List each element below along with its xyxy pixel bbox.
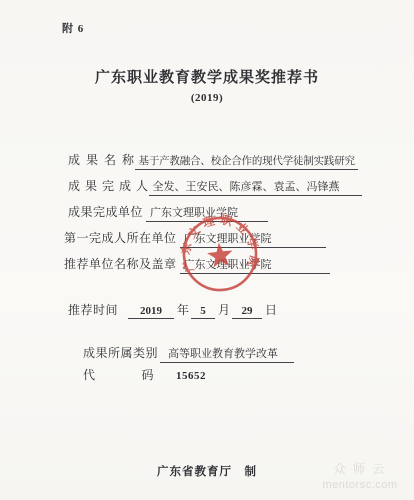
field-label-first-completer-unit: 第一完成人所在单位 [64, 229, 177, 246]
field-row-code: 代 码 15652 [83, 366, 206, 383]
field-label-category: 成果所属类别 [83, 344, 158, 361]
field-row-achievement-name: 成 果 名 称 基于产教融合、校企合作的现代学徒制实践研究 [68, 151, 358, 170]
field-label-achievement-name: 成 果 名 称 [68, 151, 135, 168]
page-title: 广东职业教育教学成果奖推荐书 [0, 66, 414, 87]
attachment-label: 附 6 [62, 20, 84, 36]
field-row-recommending-unit: 推荐单位名称及盖章 广东文理职业学院 [64, 255, 330, 274]
field-value-completers: 全发、王安民、陈彦霖、袁孟、冯锋燕 [149, 178, 362, 196]
date-month-value: 5 [191, 305, 215, 319]
field-row-completers: 成 果 完 成 人 全发、王安民、陈彦霖、袁孟、冯锋燕 [68, 177, 362, 196]
field-label-completing-unit: 成果完成单位 [68, 203, 143, 220]
field-row-completing-unit: 成果完成单位 广东文理职业学院 [68, 203, 268, 222]
date-year-value: 2019 [128, 305, 174, 319]
field-label-code-right: 码 [142, 366, 155, 383]
field-value-recommending-unit: 广东文理职业学院 [180, 256, 330, 274]
field-value-code: 15652 [176, 370, 206, 382]
field-value-completing-unit: 广东文理职业学院 [146, 204, 268, 222]
field-label-recommend-date: 推荐时间 [68, 301, 118, 318]
field-label-completers: 成 果 完 成 人 [68, 177, 149, 194]
field-label-recommending-unit: 推荐单位名称及盖章 [64, 255, 177, 272]
seal-ring [180, 214, 259, 293]
date-day-value: 29 [232, 305, 262, 319]
field-row-category: 成果所属类别 高等职业教育教学改革 [83, 344, 294, 363]
date-month-unit: 月 [218, 301, 230, 318]
document-page: 附 6 广东职业教育教学成果奖推荐书 (2019) 成 果 名 称 基于产教融合… [0, 0, 414, 500]
watermark-url: mentorsc.com [310, 479, 410, 491]
field-value-achievement-name: 基于产教融合、校企合作的现代学徒制实践研究 [135, 153, 358, 170]
watermark-text: 众 师 云 [310, 460, 410, 477]
field-row-first-completer-unit: 第一完成人所在单位 广东文理职业学院 [64, 229, 326, 248]
field-label-code-left: 代 [83, 366, 96, 383]
date-day-unit: 日 [265, 301, 277, 318]
watermark: 众 师 云 mentorsc.com [310, 460, 410, 491]
field-value-first-completer-unit: 广东文理职业学院 [180, 230, 326, 248]
page-year: (2019) [0, 92, 414, 104]
field-row-recommend-date: 推荐时间 2019 年 5 月 29 日 [68, 301, 277, 319]
date-year-unit: 年 [177, 301, 189, 318]
field-value-category: 高等职业教育教学改革 [160, 345, 294, 363]
